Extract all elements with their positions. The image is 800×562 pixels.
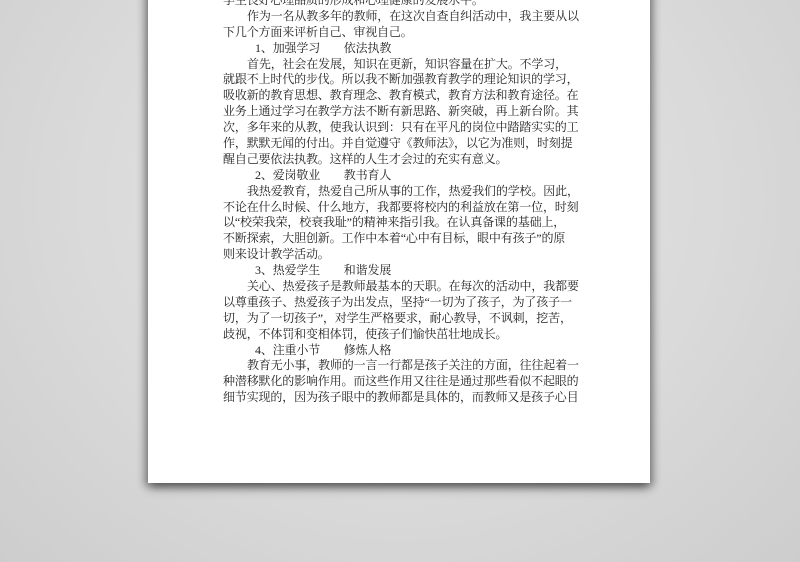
- text-line: 不断探索，大胆创新。工作中本着“心中有目标，眼中有孩子”的原: [223, 231, 581, 247]
- text-line: 作为一名从教多年的教师，在这次自查自纠活动中，我主要从以: [223, 9, 581, 25]
- text-line: 种潜移默化的影响作用。而这些作用又往往是通过那些看似不起眼的: [223, 374, 581, 390]
- text-line: 关心、热爱孩子是教师最基本的天职。在每次的活动中，我都要: [223, 279, 581, 295]
- text-line: 则来设计教学活动。: [223, 247, 581, 263]
- document-text-column: 学生良好心理品质的形成和心理健康的发展水平。作为一名从教多年的教师，在这次自查自…: [223, 0, 581, 406]
- text-line: 就跟不上时代的步伐。所以我不断加强教育教学的理论知识的学习，: [223, 72, 581, 88]
- text-line: 醒自己要依法执教。这样的人生才会过的充实有意义。: [223, 152, 581, 168]
- text-line: 吸收新的教育思想、教育理念、教育模式，教育方法和教育途径。在: [223, 88, 581, 104]
- text-line: 教育无小事，教师的一言一行都是孩子关注的方面，往往起着一: [223, 358, 581, 374]
- text-line: 我热爱教育，热爱自己所从事的工作，热爱我们的学校。因此，: [223, 184, 581, 200]
- text-line: 作，默默无闻的付出。并自觉遵守《教师法》，以它为准则，时刻提: [223, 136, 581, 152]
- text-line: 学生良好心理品质的形成和心理健康的发展水平。: [223, 0, 581, 9]
- text-line: 歧视，不体罚和变相体罚，使孩子们愉快茁壮地成长。: [223, 327, 581, 343]
- document-viewer-canvas: 学生良好心理品质的形成和心理健康的发展水平。作为一名从教多年的教师，在这次自查自…: [0, 0, 800, 562]
- text-line: 首先，社会在发展，知识在更新，知识容量在扩大。不学习，: [223, 57, 581, 73]
- text-line: 2、爱岗敬业 教书育人: [223, 168, 581, 184]
- text-line: 下几个方面来评析自己、审视自己。: [223, 25, 581, 41]
- text-line: 以“校荣我荣，校衰我耻”的精神来指引我。在认真备课的基础上，: [223, 215, 581, 231]
- text-line: 以尊重孩子、热爱孩子为出发点，坚持“一切为了孩子，为了孩子一: [223, 295, 581, 311]
- text-line: 不论在什么时候、什么地方，我都要将校内的利益放在第一位，时刻: [223, 200, 581, 216]
- text-line: 1、加强学习 依法执教: [223, 41, 581, 57]
- text-line: 切，为了一切孩子”，对学生严格要求，耐心教导，不讽刺，挖苦，: [223, 311, 581, 327]
- text-line: 次，多年来的从教，使我认识到：只有在平凡的岗位中踏踏实实的工: [223, 120, 581, 136]
- text-line: 业务上通过学习在教学方法不断有新思路、新突破，再上新台阶。其: [223, 104, 581, 120]
- text-line: 细节实现的，因为孩子眼中的教师都是具体的，而教师又是孩子心目: [223, 390, 581, 406]
- text-line: 3、热爱学生 和谐发展: [223, 263, 581, 279]
- text-line: 4、注重小节 修炼人格: [223, 343, 581, 359]
